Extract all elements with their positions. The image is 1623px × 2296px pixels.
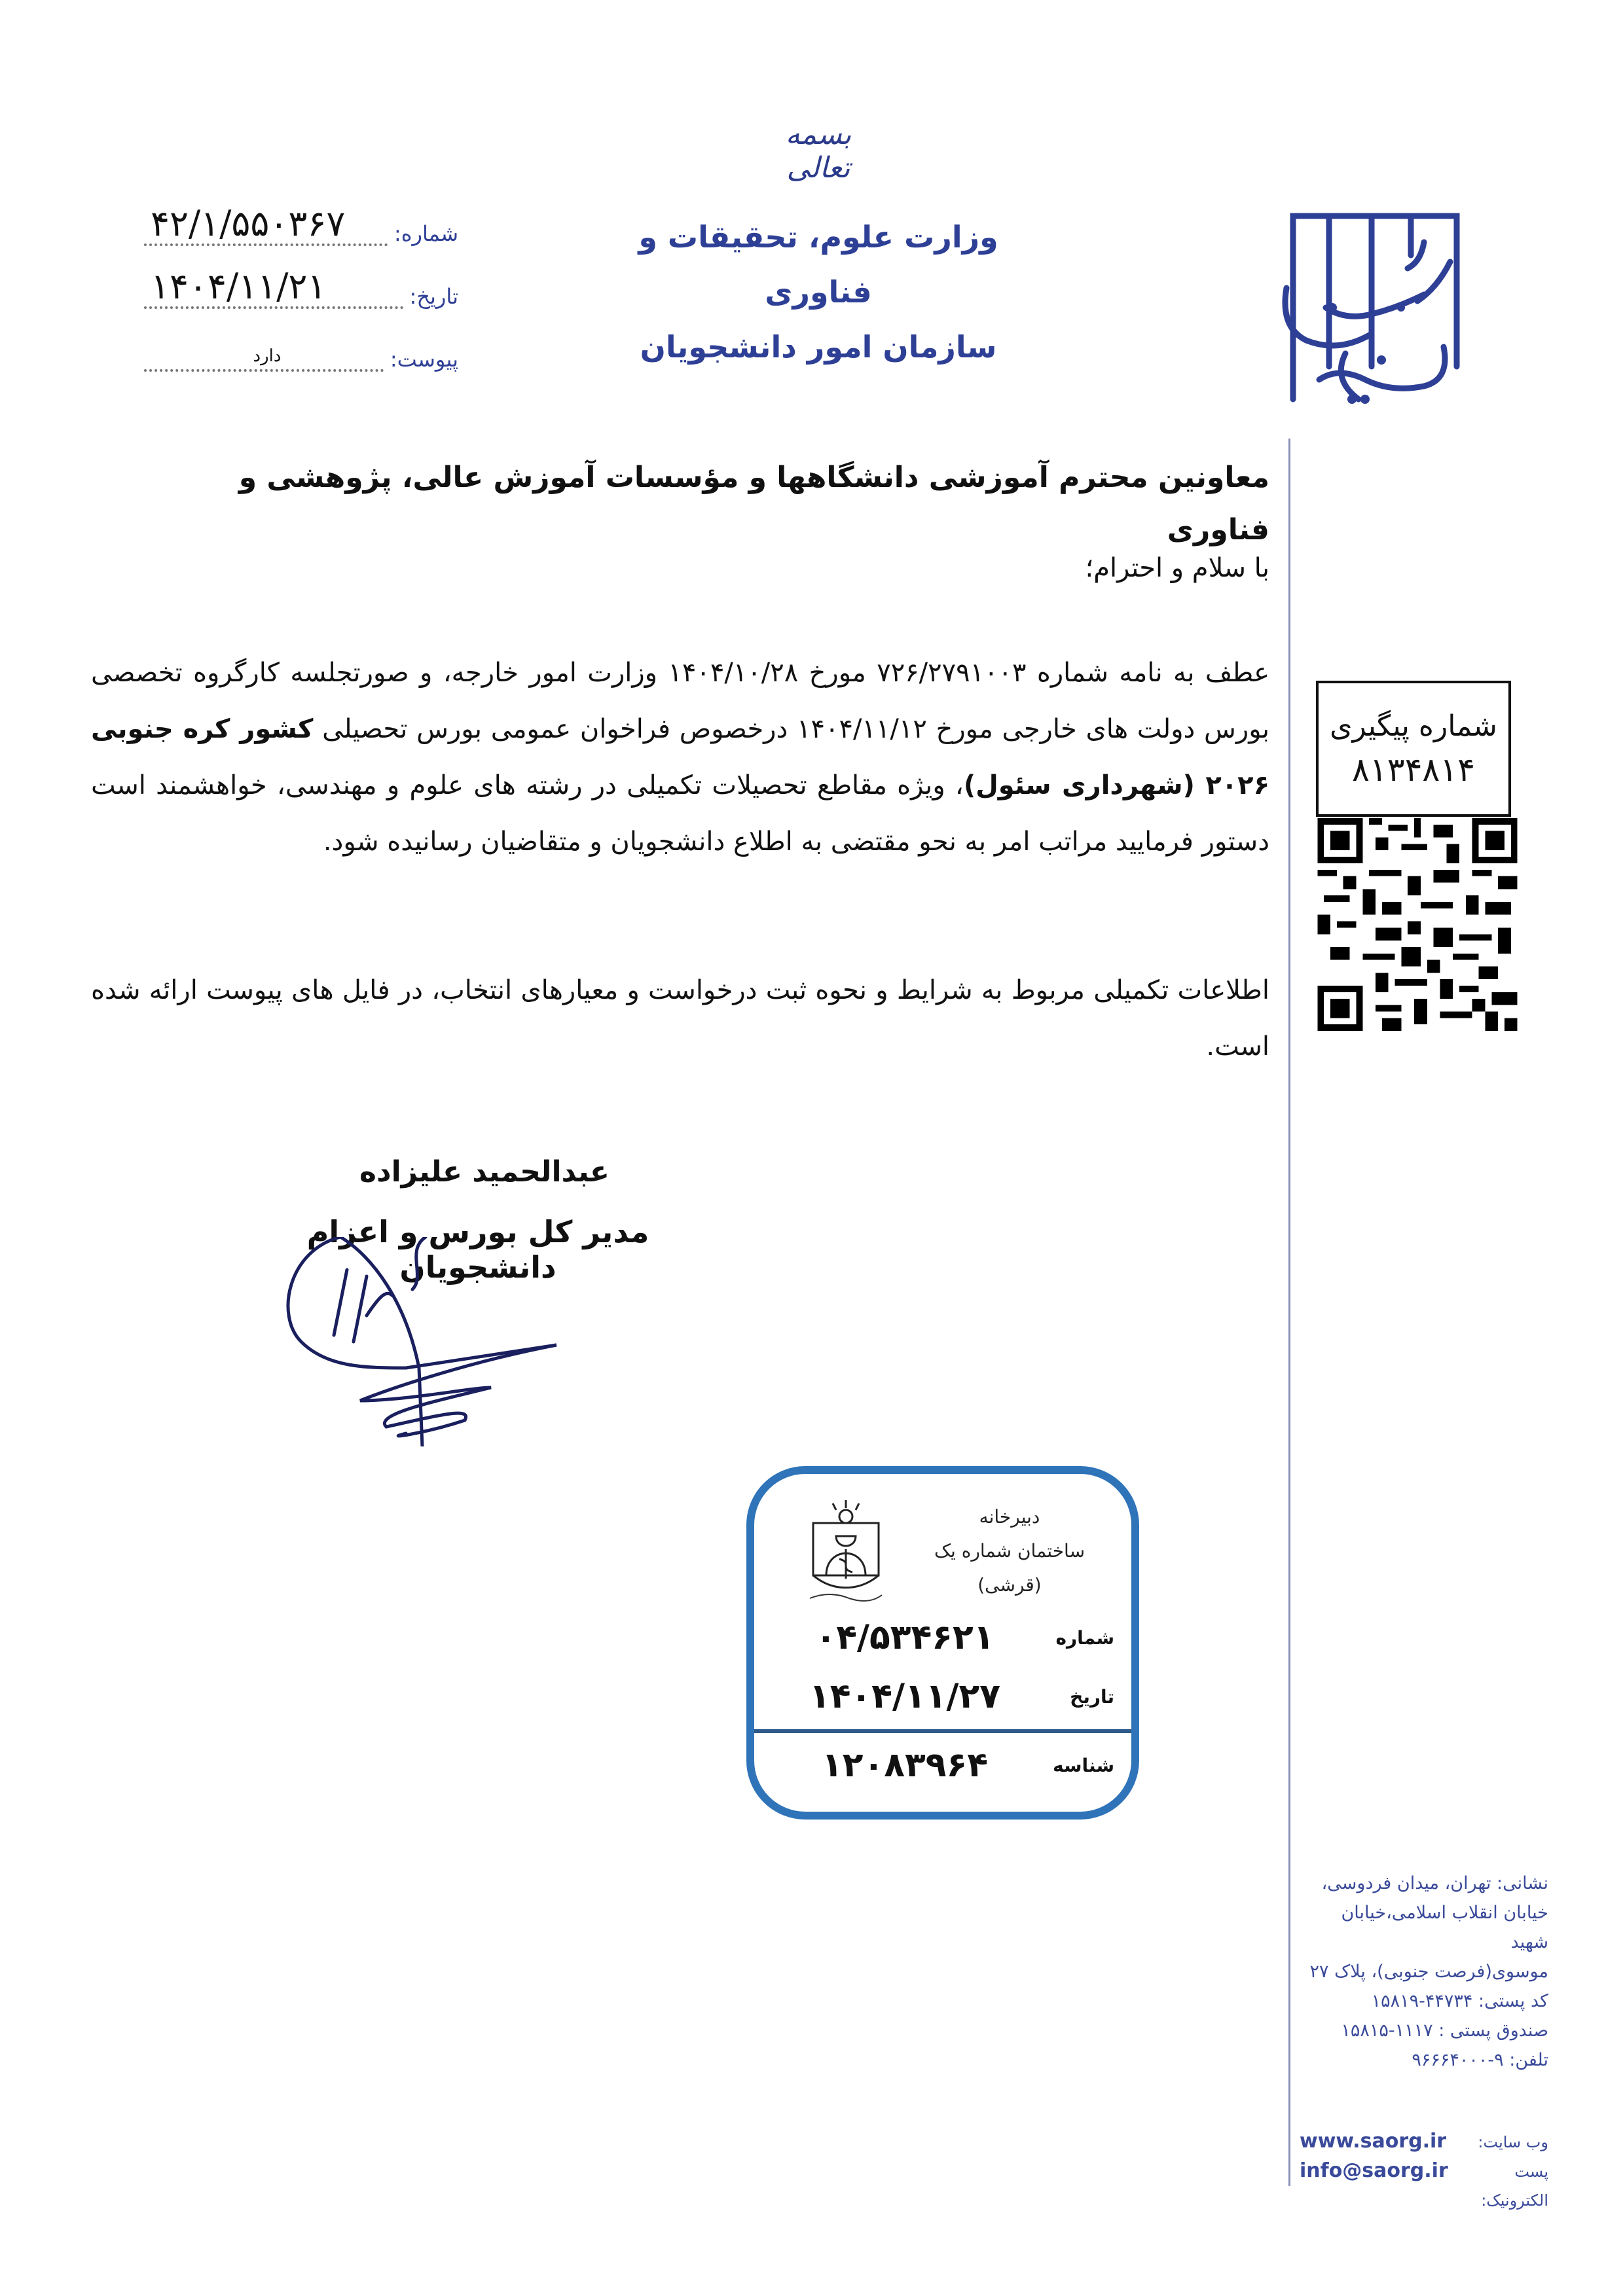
attachment-value: دارد — [144, 343, 384, 372]
phone-label: تلفن: — [1509, 2050, 1548, 2070]
website-label: وب سایت: — [1478, 2128, 1548, 2157]
letter-number: ۴۲/۱/۵۵۰۳۶۷ — [144, 204, 388, 246]
university-emblem-icon — [800, 1500, 892, 1605]
organization-logo-icon — [1267, 203, 1476, 419]
organization-name: سازمان امور دانشجویان — [589, 319, 1048, 374]
email-label: پست الکترونیک: — [1448, 2157, 1548, 2215]
registry-office: دبیرخانه ساختمان شماره یک (قرشی) — [918, 1500, 1101, 1602]
phone-row: تلفن: ۹۶۶۶۴۰۰۰-۹ — [1300, 2045, 1548, 2075]
stamp-id-row: شناسه ۱۲۰۸۳۹۶۴ — [774, 1746, 1114, 1785]
signer-name: عبدالحمید علیزاده — [314, 1155, 655, 1189]
contact-info: وب سایت: www.saorg.ir پست الکترونیک: inf… — [1300, 2127, 1548, 2215]
invocation-text: بسمه تعالی — [753, 118, 884, 185]
email-link[interactable]: info@saorg.ir — [1300, 2157, 1448, 2185]
address-line-1: نشانی: تهران، میدان فردوسی، — [1300, 1869, 1548, 1898]
tracking-value: ۸۱۳۴۸۱۴ — [1352, 751, 1475, 789]
address-line-3: موسوی(فرصت جنوبی)، پلاک ۲۷ — [1300, 1957, 1548, 1986]
registry-office-line3: (قرشی) — [918, 1568, 1101, 1602]
stamp-id-value: ۱۲۰۸۳۹۶۴ — [774, 1746, 1036, 1785]
po-box-row: صندوق پستی : ۱۵۸۱۵-۱۱۱۷ — [1300, 2016, 1548, 2045]
meta-date-row: تاریخ: ۱۴۰۴/۱۱/۲۱ — [144, 246, 458, 309]
body-paragraph-1: عطف به نامه شماره ۷۲۶/۲۷۹۱۰۰۳ مورخ ۱۴۰۴/… — [91, 645, 1269, 870]
registry-office-line1: دبیرخانه — [918, 1500, 1101, 1534]
postal-code-label: کد پستی: — [1478, 1991, 1548, 2011]
letter-date: ۱۴۰۴/۱۱/۲۱ — [144, 267, 403, 309]
website-row: وب سایت: www.saorg.ir — [1300, 2127, 1548, 2157]
body-paragraph-2: اطلاعات تکمیلی مربوط به شرایط و نحوه ثبت… — [91, 962, 1269, 1075]
po-box: ۱۵۸۱۵-۱۱۱۷ — [1341, 2020, 1432, 2041]
number-label: شماره: — [394, 221, 458, 246]
date-label: تاریخ: — [410, 284, 458, 309]
po-box-label: صندوق پستی : — [1438, 2020, 1548, 2041]
letter-meta: شماره: ۴۲/۱/۵۵۰۳۶۷ تاریخ: ۱۴۰۴/۱۱/۲۱ پیو… — [144, 183, 458, 372]
tracking-number-box: شماره پیگیری ۸۱۳۴۸۱۴ — [1316, 681, 1511, 817]
registry-stamp: دبیرخانه ساختمان شماره یک (قرشی) شماره ۰… — [746, 1466, 1139, 1820]
vertical-divider — [1288, 439, 1290, 2186]
postal-code-row: کد پستی: ۱۵۸۱۹-۴۴۷۳۴ — [1300, 1986, 1548, 2016]
stamp-date-row: تاریخ ۱۴۰۴/۱۱/۲۷ — [774, 1677, 1114, 1716]
stamp-number-value: ۰۴/۵۳۴۶۲۱ — [774, 1618, 1036, 1657]
postal-address: نشانی: تهران، میدان فردوسی، خیابان انقلا… — [1300, 1869, 1548, 2075]
letterhead-title: وزارت علوم، تحقیقات و فناوری سازمان امور… — [589, 209, 1048, 374]
stamp-date-value: ۱۴۰۴/۱۱/۲۷ — [774, 1677, 1036, 1716]
stamp-number-label: شماره — [1036, 1627, 1114, 1649]
handwritten-signature-icon — [275, 1237, 589, 1446]
ministry-name: وزارت علوم، تحقیقات و فناوری — [589, 209, 1048, 319]
phone-number: ۹۶۶۶۴۰۰۰-۹ — [1412, 2050, 1503, 2070]
meta-attachment-row: پیوست: دارد — [144, 309, 458, 372]
stamp-number-row: شماره ۰۴/۵۳۴۶۲۱ — [774, 1618, 1114, 1657]
stamp-id-label: شناسه — [1036, 1755, 1114, 1776]
email-row: پست الکترونیک: info@saorg.ir — [1300, 2157, 1548, 2215]
qr-code-icon[interactable] — [1316, 818, 1519, 1031]
meta-number-row: شماره: ۴۲/۱/۵۵۰۳۶۷ — [144, 183, 458, 246]
greeting: با سلام و احترام؛ — [1085, 553, 1269, 583]
address-line-2: خیابان انقلاب اسلامی،خیابان شهید — [1300, 1898, 1548, 1957]
attachment-label: پیوست: — [390, 347, 458, 372]
registry-office-line2: ساختمان شماره یک — [918, 1534, 1101, 1568]
stamp-divider — [754, 1729, 1131, 1733]
website-link[interactable]: www.saorg.ir — [1300, 2127, 1446, 2156]
postal-code: ۱۵۸۱۹-۴۴۷۳۴ — [1372, 1991, 1473, 2011]
recipient-line: معاونین محترم آموزشی دانشگاهها و مؤسسات … — [156, 452, 1269, 556]
stamp-date-label: تاریخ — [1036, 1686, 1114, 1708]
tracking-label: شماره پیگیری — [1330, 709, 1497, 743]
